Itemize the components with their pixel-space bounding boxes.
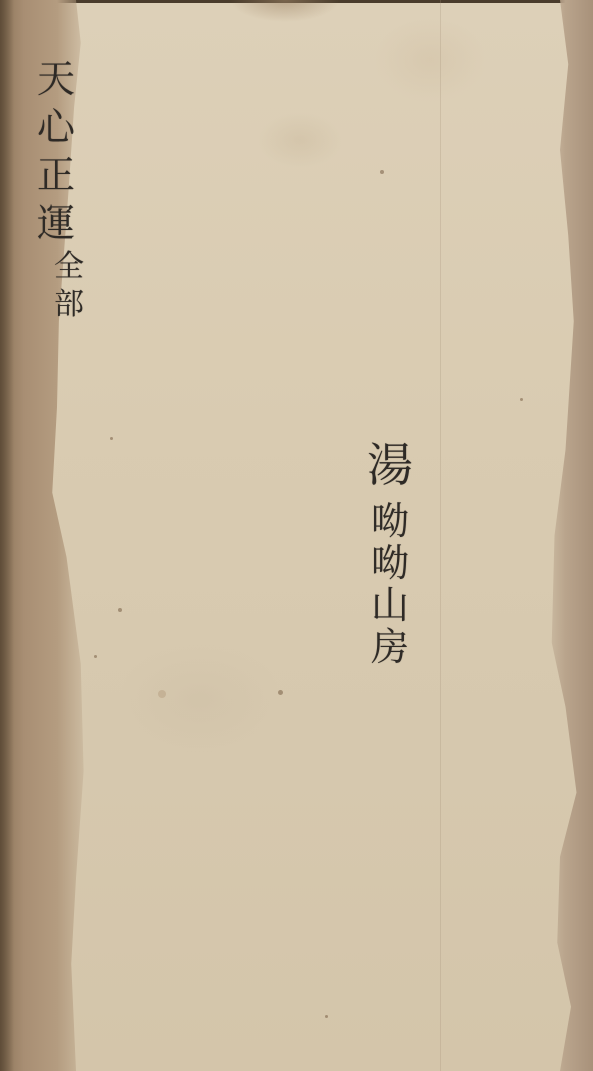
studio-char: 房: [371, 628, 409, 666]
title-char: 正: [37, 156, 75, 194]
title-char: 心: [37, 108, 75, 146]
foxing-spot: [380, 170, 384, 174]
foxing-spot: [118, 608, 122, 612]
subtitle-char: 部: [54, 290, 84, 320]
foxing-spot: [520, 398, 523, 401]
publisher-column: 湯 呦 呦 山 房: [367, 442, 413, 670]
right-water-stain: [538, 0, 593, 1071]
publisher-surname: 湯: [367, 442, 413, 488]
book-cover: 天 心 正 運 全 部 湯 呦 呦 山 房: [0, 0, 593, 1071]
paper-crease: [440, 0, 441, 1071]
title-column: 天 心 正 運 全 部: [28, 60, 84, 328]
foxing-spot: [278, 690, 283, 695]
left-spine-shadow: [0, 0, 14, 1071]
foxing-spot: [94, 655, 97, 658]
top-stain: [230, 0, 340, 22]
foxing-spot: [110, 437, 113, 440]
title-char: 天: [37, 60, 75, 98]
subtitle-char: 全: [54, 252, 84, 282]
studio-char: 呦: [371, 544, 409, 582]
studio-char: 山: [371, 586, 409, 624]
foxing-spot: [325, 1015, 328, 1018]
studio-char: 呦: [371, 502, 409, 540]
title-char: 運: [37, 204, 75, 242]
foxing-spot: [158, 690, 166, 698]
